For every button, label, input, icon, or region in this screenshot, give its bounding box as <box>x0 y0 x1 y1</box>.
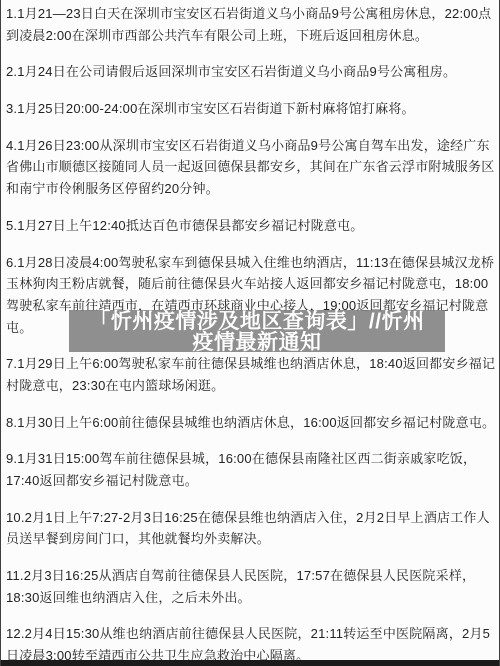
trajectory-line: 到凌晨2:00在深圳市西部公共汽车有限公司上班，下班后返回租房休息。 <box>6 25 495 47</box>
trajectory-line: 8.1月30日上午6:00前往德保县城维也纳酒店休息，16:00返回都安乡福记村… <box>6 412 495 434</box>
trajectory-line: 11.2月3日16:25从酒店自驾前往德保县人民医院，17:57在德保县人民医院… <box>6 565 495 587</box>
trajectory-item-5: 5.1月27日上午12:40抵达百色市德保县都安乡福记村陇意屯。 <box>6 215 495 237</box>
watermark-overlay: 「忻州疫情涉及地区查询表」//忻州 疫情最新通知 <box>69 310 445 352</box>
trajectory-item-1: 1.1月21—23日白天在深圳市宝安区石岩街道义乌小商品9号公寓租房休息，22:… <box>6 3 495 46</box>
trajectory-line: 3.1月25日20:00-24:00在深圳市宝安区石岩街道下新村麻将馆打麻将。 <box>6 98 495 120</box>
trajectory-line: 村陇意屯，23:30在屯内篮球场闲逛。 <box>6 375 495 397</box>
trajectory-line: 2.1月24日在公司请假后返回深圳市宝安区石岩街道义乌小商品9号公寓租房。 <box>6 61 495 83</box>
trajectory-item-3: 3.1月25日20:00-24:00在深圳市宝安区石岩街道下新村麻将馆打麻将。 <box>6 98 495 120</box>
trajectory-item-10: 10.2月1日上午7:27-2月3日16:25在德保县维也纳酒店入住，2月2日早… <box>6 507 495 550</box>
watermark-title-line2: 疫情最新通知 <box>69 332 445 353</box>
trajectory-line: 1.1月21—23日白天在深圳市宝安区石岩街道义乌小商品9号公寓租房休息，22:… <box>6 3 495 25</box>
trajectory-line: 员送早餐到房间门口，其他就餐均外卖解决。 <box>6 528 495 550</box>
trajectory-item-7: 7.1月29日上午6:00驾驶私家车前往德保县城维也纳酒店休息，18:40返回都… <box>6 353 495 396</box>
trajectory-line: 5.1月27日上午12:40抵达百色市德保县都安乡福记村陇意屯。 <box>6 215 495 237</box>
trajectory-item-4: 4.1月26日23:00从深圳市宝安区石岩街道义乌小商品9号公寓自驾车出发，途经… <box>6 135 495 200</box>
trajectory-item-2: 2.1月24日在公司请假后返回深圳市宝安区石岩街道义乌小商品9号公寓租房。 <box>6 61 495 83</box>
trajectory-line: 10.2月1日上午7:27-2月3日16:25在德保县维也纳酒店入住，2月2日早… <box>6 507 495 529</box>
trajectory-line: 9.1月31日15:00驾车前往德保县城，16:00在德保县南隆社区西二街亲戚家… <box>6 448 495 470</box>
trajectory-line: 玉林狗肉王粉店就餐，随后前往德保县火车站接人返回都安乡福记村陇意屯，18:00 <box>6 273 495 295</box>
trajectory-line: 和南宁市伶俐服务区停留约20分钟。 <box>6 178 495 200</box>
bottom-divider-bar <box>1 660 499 666</box>
watermark-title-line1: 「忻州疫情涉及地区查询表」//忻州 <box>69 310 445 332</box>
trajectory-item-9: 9.1月31日15:00驾车前往德保县城，16:00在德保县南隆社区西二街亲戚家… <box>6 448 495 491</box>
trajectory-line: 6.1月28日凌晨4:00驾驶私家车到德保县城入住维也纳酒店，11:13在德保县… <box>6 252 495 274</box>
trajectory-item-11: 11.2月3日16:25从酒店自驾前往德保县人民医院，17:57在德保县人民医院… <box>6 565 495 608</box>
trajectory-line: 省佛山市顺德区接随同人员一起返回德保县都安乡，其间在广东省云浮市附城服务区 <box>6 156 495 178</box>
trajectory-line: 17:40返回都安乡福记村陇意屯。 <box>6 470 495 492</box>
trajectory-notice-page: 1.1月21—23日白天在深圳市宝安区石岩街道义乌小商品9号公寓租房休息，22:… <box>0 0 500 666</box>
trajectory-line: 18:30返回维也纳酒店入住，之后未外出。 <box>6 587 495 609</box>
trajectory-line: 12.2月4日15:30从维也纳酒店前往德保县人民医院，21:11转运至中医院隔… <box>6 623 495 645</box>
trajectory-line: 7.1月29日上午6:00驾驶私家车前往德保县城维也纳酒店休息，18:40返回都… <box>6 353 495 375</box>
trajectory-line: 4.1月26日23:00从深圳市宝安区石岩街道义乌小商品9号公寓自驾车出发，途经… <box>6 135 495 157</box>
trajectory-item-8: 8.1月30日上午6:00前往德保县城维也纳酒店休息，16:00返回都安乡福记村… <box>6 412 495 434</box>
